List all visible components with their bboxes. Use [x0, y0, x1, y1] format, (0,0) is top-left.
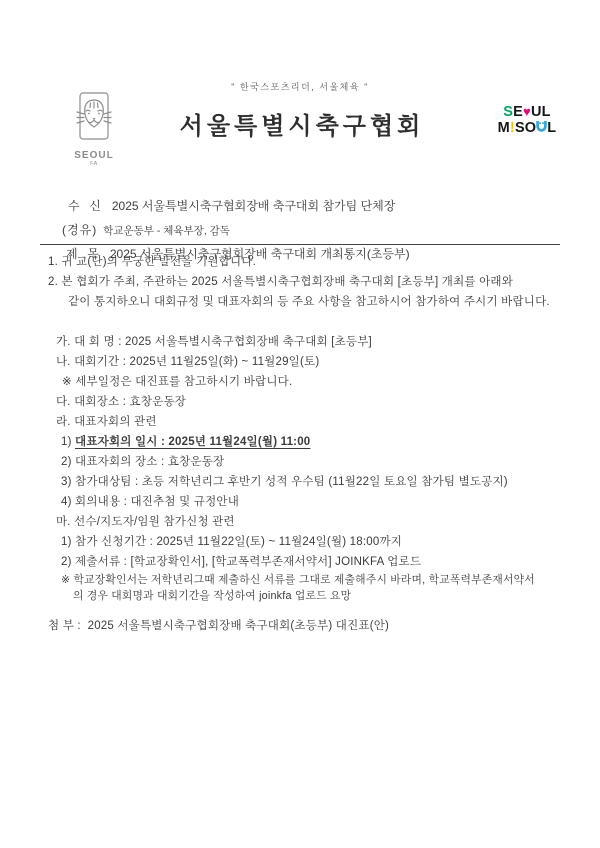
body-line: 2) 대표자회의 장소 : 효창운동장 [40, 452, 588, 472]
body-line: 마. 선수/지도자/임원 참가신청 관련 [40, 512, 588, 532]
body-line: 2) 제출서류 : [학교장확인서], [학교폭력부존재서약서] JOINKFA… [40, 552, 588, 572]
seoul-my-soul-line1: SE♥UL [490, 104, 564, 120]
recipient-to-line: 수 신2025 서울특별시축구협회장배 축구대회 참가팀 단체장 [40, 170, 560, 194]
to-label: 수 신 [68, 199, 102, 213]
seoul-fa-sublabel: FA [62, 161, 126, 168]
body-line: 같이 통지하오니 대회규정 및 대표자회의 등 주요 사항을 참고하시어 참가하… [40, 292, 588, 312]
heart-icon: ♥ [523, 104, 531, 119]
body-line: 1) 대표자회의 일시 : 2025년 11월24일(월) 11:00 [40, 432, 588, 452]
list-marker: 1) [61, 436, 75, 448]
emphasized-text: 대표자회의 일시 : 2025년 11월24일(월) 11:00 [75, 436, 316, 448]
logo-letter: L [547, 120, 556, 136]
logo-letter: E [513, 104, 523, 120]
body-line: 라. 대표자회의 관련 [40, 412, 588, 432]
recipient-block: 수 신2025 서울특별시축구협회장배 축구대회 참가팀 단체장 (경유)학교운… [40, 170, 560, 245]
seoul-fa-label: SEOUL [62, 150, 126, 161]
body-line: 3) 참가대상팀 : 초등 저학년리그 후반기 성적 우수팀 (11월22일 토… [40, 472, 588, 492]
document-page: " 한국스포츠리더, 서울체육 " 서울특별시축구협회 [0, 0, 600, 848]
smiley-u-icon [536, 120, 547, 136]
body-line: 2. 본 협회가 주최, 주관하는 2025 서울특별시축구협회장배 축구대회 … [40, 272, 588, 292]
body-line: 의 경우 대회명과 대회기간을 작성하여 joinkfa 업로드 요망 [40, 588, 588, 604]
body-line: 1. 귀 교(단)의 무궁한 발전을 기원합니다. [40, 252, 588, 272]
seoul-fa-logo: SEOUL FA [62, 92, 126, 168]
body-line: 나. 대회기간 : 2025년 11월25일(화) ~ 11월29일(토) [40, 352, 588, 372]
to-value: 2025 서울특별시축구협회장배 축구대회 참가팀 단체장 [112, 199, 395, 213]
seoul-my-soul-logo: SE♥UL M!SOL [490, 104, 564, 136]
seoul-my-soul-line2: M!SOL [490, 120, 564, 136]
body-line: ※ 학교장확인서는 저학년리그때 제출하신 서류를 그대로 제출해주시 바라며,… [40, 572, 588, 588]
body-line: 가. 대 회 명 : 2025 서울특별시축구협회장배 축구대회 [초등부] [40, 332, 588, 352]
tiger-emblem-icon [72, 131, 116, 148]
logo-letter: SO [515, 120, 536, 136]
body-line: ※ 세부일정은 대진표를 참고하시기 바랍니다. [40, 372, 588, 392]
via-value: 학교운동부 - 체육부장, 감독 [103, 225, 230, 237]
logo-letter: M [498, 120, 510, 136]
logo-letter: S [503, 104, 513, 120]
body-line: 4) 회의내용 : 대진추첨 및 규정안내 [40, 492, 588, 512]
document-body: 1. 귀 교(단)의 무궁한 발전을 기원합니다.2. 본 협회가 주최, 주관… [40, 252, 588, 636]
logo-letter: UL [531, 104, 551, 120]
body-line: 1) 참가 신청기간 : 2025년 11월22일(토) ~ 11월24일(월)… [40, 532, 588, 552]
via-label: (경유) [62, 223, 97, 237]
body-line: 첨 부 : 2025 서울특별시축구협회장배 축구대회(초등부) 대진표(안) [40, 616, 588, 636]
body-line: 다. 대회장소 : 효창운동장 [40, 392, 588, 412]
